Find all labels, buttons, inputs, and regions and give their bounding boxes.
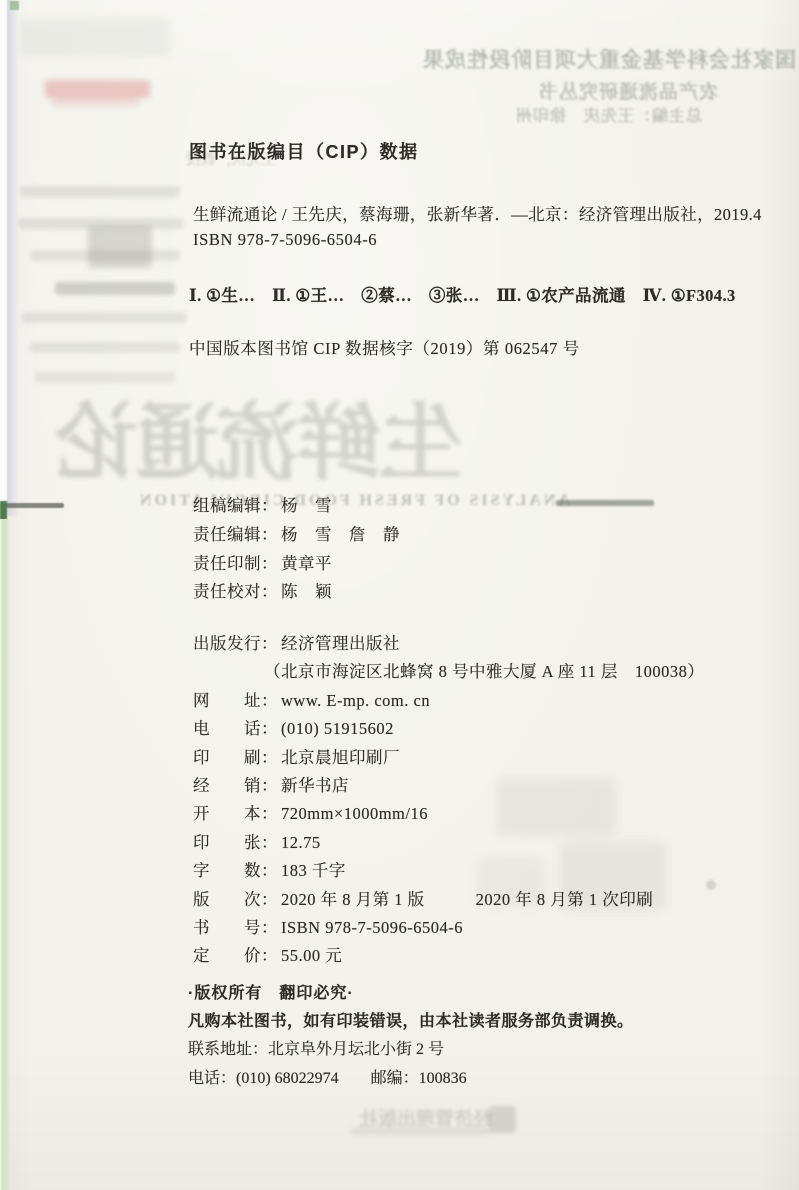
staff-row-value: 黄章平 — [281, 554, 332, 573]
page-edge-lavender-strip — [7, 0, 18, 516]
staff-row: 责任印制：黄章平 — [193, 550, 400, 579]
ghost-logo-square — [489, 1106, 516, 1133]
ghost-smudge-red — [45, 80, 150, 98]
publication-row-label: 书 号： — [193, 918, 278, 937]
ghost-smudge — [350, 1128, 490, 1135]
publication-row: 书 号：ISBN 978-7-5096-6504-6 — [193, 914, 704, 942]
copyright-reserved-line: ·版权所有 翻印必究· — [188, 980, 634, 1008]
staff-row-label: 责任校对： — [193, 582, 278, 601]
ghost-smudge — [22, 312, 187, 323]
staff-row-label: 责任编辑： — [193, 525, 278, 544]
publication-row-label: 电 话： — [193, 719, 278, 738]
book-title-line: 生鲜流通论 / 王先庆，蔡海珊，张新华著．—北京：经济管理出版社，2019.4 — [193, 201, 762, 225]
page-corner-green-mark — [10, 1, 19, 10]
publication-row-value: 55.00 元 — [281, 946, 342, 965]
ghost-rule-right — [556, 500, 654, 506]
publication-row-label: 印 刷： — [193, 748, 278, 767]
publication-row: 字 数：183 千字 — [193, 857, 704, 885]
publication-row-value: 12.75 — [281, 833, 321, 852]
publication-row: 版 次：2020 年 8 月第 1 版 2020 年 8 月第 1 次印刷 — [193, 886, 704, 914]
ghost-rule-left — [6, 503, 64, 508]
publication-row-value: 北京晨旭印刷厂 — [281, 748, 400, 767]
publication-row: 印 刷：北京晨旭印刷厂 — [193, 744, 704, 772]
publication-row-value: 经济管理出版社 — [281, 634, 400, 653]
publication-row-label: 开 本： — [193, 804, 278, 823]
staff-row-label: 组稿编辑： — [193, 496, 278, 515]
book-copyright-page: 国家社会科学基金重大项目阶段性成果 农产品流通研究丛书 总主编：王先庆 徐印州 … — [0, 0, 799, 1190]
staff-row-label: 责任印制： — [193, 554, 278, 573]
cip-record-line: 中国版本图书馆 CIP 数据核字（2019）第 062547 号 — [189, 335, 580, 359]
contact-phone-line: 电话：(010) 68022974 邮编：100836 — [188, 1065, 634, 1093]
ghost-smudge — [55, 282, 175, 295]
ghost-smudge — [88, 226, 152, 268]
publication-row-label: 出版发行： — [193, 634, 278, 653]
staff-row-value: 杨 雪 詹 静 — [281, 525, 400, 544]
staff-credits-block: 组稿编辑：杨 雪 责任编辑：杨 雪 詹 静 责任印制：黄章平 责任校对：陈 颖 — [193, 492, 400, 607]
publisher-address-row: （北京市海淀区北蜂窝 8 号中雅大厦 A 座 11 层 100038） — [193, 658, 704, 686]
replacement-policy-line: 凡购本社图书，如有印装错误，由本社读者服务部负责调换。 — [188, 1008, 634, 1036]
staff-row-value: 杨 雪 — [281, 496, 332, 515]
page-edge-green-stripe — [0, 519, 10, 1190]
classification-line: Ⅰ. ①生… Ⅱ. ①王… ②蔡… ③张… Ⅲ. ①农产品流通 Ⅳ. ①F304… — [189, 282, 736, 306]
publication-row-label: 字 数： — [193, 861, 278, 880]
cip-header: 图书在版编目（CIP）数据 — [189, 138, 419, 164]
publication-row-label: 印 张： — [193, 833, 278, 852]
ghost-smudge — [30, 342, 180, 353]
publication-row-label: 经 销： — [193, 776, 278, 795]
publication-row-value: 183 千字 — [281, 861, 346, 880]
publication-info-block: 出版发行：经济管理出版社 （北京市海淀区北蜂窝 8 号中雅大厦 A 座 11 层… — [193, 630, 704, 971]
ghost-series-name-text: 农产品流通研究丛书 — [500, 77, 718, 104]
publication-row-value: (010) 51915602 — [281, 719, 394, 738]
staff-row: 责任编辑：杨 雪 詹 静 — [193, 521, 400, 550]
publication-row-value: ISBN 978-7-5096-6504-6 — [281, 918, 463, 937]
ghost-smudge — [30, 250, 180, 261]
publication-row: 出版发行：经济管理出版社 — [193, 630, 704, 658]
ghost-smudge — [20, 18, 170, 56]
publication-row-label: 版 次： — [193, 890, 278, 909]
contact-address-line: 联系地址：北京阜外月坛北小街 2 号 — [188, 1036, 634, 1064]
publication-row-label: 网 址： — [193, 691, 278, 710]
ghost-dot — [706, 880, 716, 890]
publication-row: 网 址：www. E-mp. com. cn — [193, 687, 704, 715]
staff-row: 组稿编辑：杨 雪 — [193, 492, 400, 521]
publication-row: 印 张：12.75 — [193, 829, 704, 857]
publication-row: 开 本：720mm×1000mm/16 — [193, 800, 704, 828]
publication-row: 电 话：(010) 51915602 — [193, 715, 704, 743]
isbn-line: ISBN 978-7-5096-6504-6 — [193, 230, 377, 250]
copyright-notice-block: ·版权所有 翻印必究· 凡购本社图书，如有印装错误，由本社读者服务部负责调换。 … — [188, 980, 634, 1093]
ghost-smudge — [35, 372, 175, 383]
ghost-publisher-logo-text: 经济管理出版社 — [332, 1104, 492, 1131]
ghost-smudge — [20, 186, 180, 197]
publication-row-value: 720mm×1000mm/16 — [281, 804, 428, 823]
publication-row-value: www. E-mp. com. cn — [281, 691, 430, 710]
publication-row: 定 价：55.00 元 — [193, 942, 704, 970]
ghost-series-award-text: 国家社会科学基金重大项目阶段性成果 — [396, 44, 796, 74]
staff-row-value: 陈 颖 — [281, 582, 332, 601]
page-edge-white-strip — [0, 0, 7, 520]
publication-row: 经 销：新华书店 — [193, 772, 704, 800]
staff-row: 责任校对：陈 颖 — [193, 578, 400, 607]
publication-row-value: 新华书店 — [281, 776, 349, 795]
ghost-series-editors-text: 总主编：王先庆 徐印州 — [420, 103, 702, 126]
ghost-smudge-red — [52, 97, 140, 106]
publisher-address: （北京市海淀区北蜂窝 8 号中雅大厦 A 座 11 层 100038） — [264, 662, 704, 681]
ghost-book-title-text: 生鲜流通论 — [60, 376, 462, 497]
publication-row-value: 2020 年 8 月第 1 版 2020 年 8 月第 1 次印刷 — [281, 890, 653, 909]
publication-row-label: 定 价： — [193, 946, 278, 965]
